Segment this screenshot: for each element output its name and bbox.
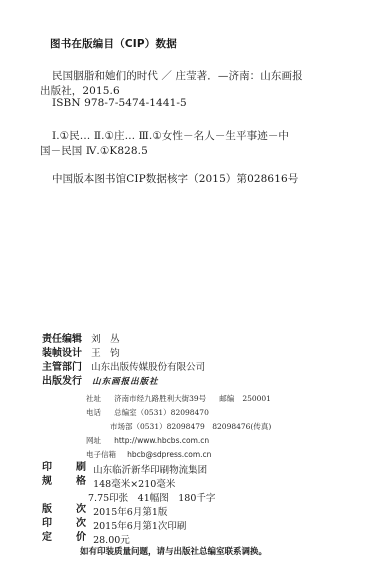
- printing-label: 规格: [42, 472, 86, 487]
- cip-heading: 图书在版编目（CIP）数据: [50, 36, 177, 51]
- printing-label: 印刷: [42, 458, 86, 473]
- postcode-label: 邮编: [219, 394, 234, 403]
- cip-number: 中国版本图书馆CIP数据核字（2015）第028616号: [52, 171, 298, 186]
- bib-line-2: 出版社，2015.6: [40, 83, 120, 98]
- printing-label: 印次: [42, 514, 86, 529]
- classification-line-1: Ⅰ.①民… Ⅱ.①庄… Ⅲ.①女性－名人－生平事迹－中: [52, 128, 289, 143]
- classification-line-2: 国－民国 Ⅳ.①K828.5: [40, 143, 148, 158]
- phone-label: 电话: [86, 408, 101, 417]
- credit-label: 出版发行: [42, 376, 82, 387]
- quality-notice: 如有印装质量问题，请与出版社总编室联系调换。: [80, 545, 267, 557]
- printing-label: 版次: [42, 500, 86, 515]
- bib-line-1: 民国胭脂和她们的时代 ／ 庄莹著．—济南：山东画报: [52, 68, 303, 83]
- isbn: ISBN 978-7-5474-1441-5: [52, 97, 187, 109]
- printing-label: 定价: [42, 528, 86, 543]
- postcode-value: 250001: [242, 394, 271, 403]
